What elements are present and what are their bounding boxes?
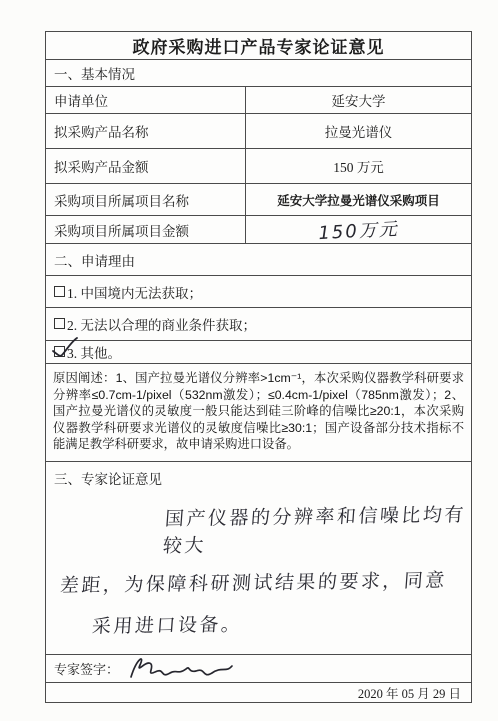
table-row: 采购项目所属项目金额 150万元 — [46, 216, 471, 244]
reason-option-2: 2. 无法以合理的商业条件获取； — [46, 308, 471, 341]
document-date: 2020 年 05 月 29 日 — [358, 684, 461, 702]
reason-option-1-label: 1. 中国境内无法获取； — [67, 282, 202, 302]
checkbox-2-icon[interactable] — [54, 318, 65, 329]
table-row: 拟采购产品金额 150 万元 — [46, 149, 471, 184]
signature-label: 专家签字： — [54, 659, 119, 678]
reason-option-3-label: 3. 其他。 — [67, 342, 121, 362]
expert-signature-scribble — [125, 652, 235, 682]
reason-statement: 原因阐述：1、国产拉曼光谱仪分辨率>1cm⁻¹，本次采购仪器教学科研要求分辨率≤… — [46, 364, 471, 453]
table-row: 申请单位 延安大学 — [46, 87, 471, 114]
reason-option-3: 3. 其他。 — [46, 341, 471, 364]
row-value-product-amount: 150 万元 — [246, 156, 471, 176]
section-expert-opinion: 三、专家论证意见 国产仪器的分辨率和信噪比均有较大 差距，为保障科研测试结果的要… — [46, 462, 471, 655]
row-value-project-amount-handwritten: 150万元 — [245, 211, 471, 249]
row-value-applicant: 延安大学 — [246, 90, 471, 110]
page-title: 政府采购进口产品专家论证意见 — [133, 33, 385, 58]
date-row: 2020 年 05 月 29 日 — [46, 683, 471, 702]
section-basic-info-heading: 一、基本情况 — [46, 60, 471, 87]
row-label-product-name: 拟采购产品名称 — [46, 114, 246, 148]
row-label-project-amount: 采购项目所属项目金额 — [46, 216, 246, 243]
reason-statement-row: 原因阐述：1、国产拉曼光谱仪分辨率>1cm⁻¹，本次采购仪器教学科研要求分辨率≤… — [46, 364, 471, 462]
section-expert-opinion-heading: 三、专家论证意见 — [46, 462, 471, 488]
handwritten-opinion-line: 差距，为保障科研测试结果的要求，同意 — [59, 565, 472, 598]
row-label-product-amount: 拟采购产品金额 — [46, 149, 246, 183]
reason-option-2-label: 2. 无法以合理的商业条件获取； — [67, 314, 256, 334]
checkbox-1-icon[interactable] — [54, 286, 65, 297]
title-row: 政府采购进口产品专家论证意见 — [46, 32, 471, 60]
reason-option-1: 1. 中国境内无法获取； — [46, 276, 471, 308]
table-row: 采购项目所属项目名称 延安大学拉曼光谱仪采购项目 — [46, 184, 471, 216]
expert-verification-form: 政府采购进口产品专家论证意见 一、基本情况 申请单位 延安大学 拟采购产品名称 … — [45, 31, 472, 703]
row-label-applicant: 申请单位 — [46, 87, 246, 113]
table-row: 拟采购产品名称 拉曼光谱仪 — [46, 114, 471, 149]
checkbox-3-icon[interactable] — [54, 346, 65, 357]
handwritten-opinion-line: 采用进口设备。 — [91, 606, 472, 638]
row-value-project-name: 延安大学拉曼光谱仪采购项目 — [246, 191, 471, 209]
section-application-reasons-heading: 二、申请理由 — [46, 244, 471, 276]
row-label-project-name: 采购项目所属项目名称 — [46, 184, 246, 215]
handwritten-opinion-line: 国产仪器的分辨率和信噪比均有较大 — [162, 500, 473, 558]
signature-row: 专家签字： — [46, 655, 471, 683]
row-value-product-name: 拉曼光谱仪 — [246, 121, 471, 141]
